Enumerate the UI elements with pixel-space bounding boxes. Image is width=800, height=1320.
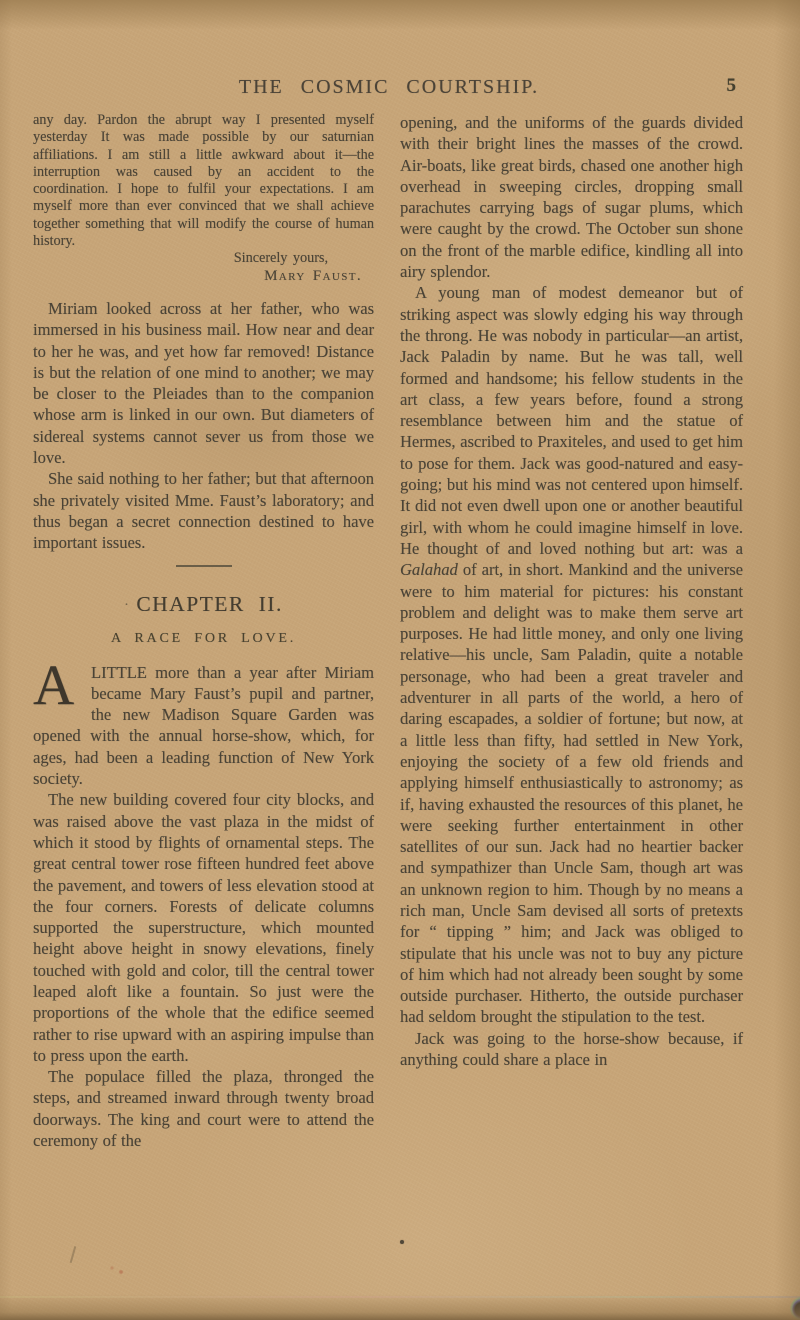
letter-closing: Sincerely yours,: [33, 250, 374, 267]
page-edge-top: [0, 0, 800, 30]
chapter-subtitle: A RACE FOR LOVE.: [33, 631, 374, 647]
right-column: opening, and the uniforms of the guards …: [400, 112, 743, 1070]
paragraph: She said nothing to her father; but that…: [33, 468, 374, 553]
page-edge-right: [774, 0, 800, 1320]
paragraph: Jack was going to the horse-show because…: [400, 1028, 743, 1071]
page-edge-left: [0, 0, 12, 1320]
paragraph: ALITTLE more than a year after Miriam be…: [33, 662, 374, 790]
section-divider: [176, 565, 232, 567]
letter-body: any day. Pardon the abrupt way I present…: [33, 112, 374, 250]
scanner-artifact-line: [0, 1296, 800, 1298]
paragraph: opening, and the uniforms of the guards …: [400, 112, 743, 282]
printers-mark: ·: [124, 598, 130, 613]
running-title: THE COSMIC COURTSHIP.: [0, 76, 778, 99]
chapter-paragraphs: ALITTLE more than a year after Miriam be…: [33, 662, 374, 1152]
letter-excerpt: any day. Pardon the abrupt way I present…: [33, 112, 374, 285]
chapter-heading-text: CHAPTER II.: [136, 592, 283, 616]
chapter-heading: ·CHAPTER II.: [33, 592, 374, 617]
page-number: 5: [727, 75, 737, 97]
corner-ink-mark: [784, 1292, 800, 1320]
ink-speck: [400, 1240, 404, 1244]
paragraph: The new building covered four city block…: [33, 789, 374, 1066]
left-column-paragraphs: Miriam looked across at her father, who …: [33, 298, 374, 554]
paper-scratch: [70, 1246, 76, 1263]
paragraph: Miriam looked across at her father, who …: [33, 298, 374, 468]
paragraph: A young man of modest demeanor but of st…: [400, 282, 743, 1027]
left-column: any day. Pardon the abrupt way I present…: [33, 112, 374, 1151]
paragraph: The populace filled the plaza, thronged …: [33, 1066, 374, 1151]
letter-signature: Mary Faust.: [33, 268, 374, 285]
book-page-scan: THE COSMIC COURTSHIP. 5 any day. Pardon …: [0, 0, 800, 1320]
drop-cap-letter: A: [33, 662, 91, 714]
